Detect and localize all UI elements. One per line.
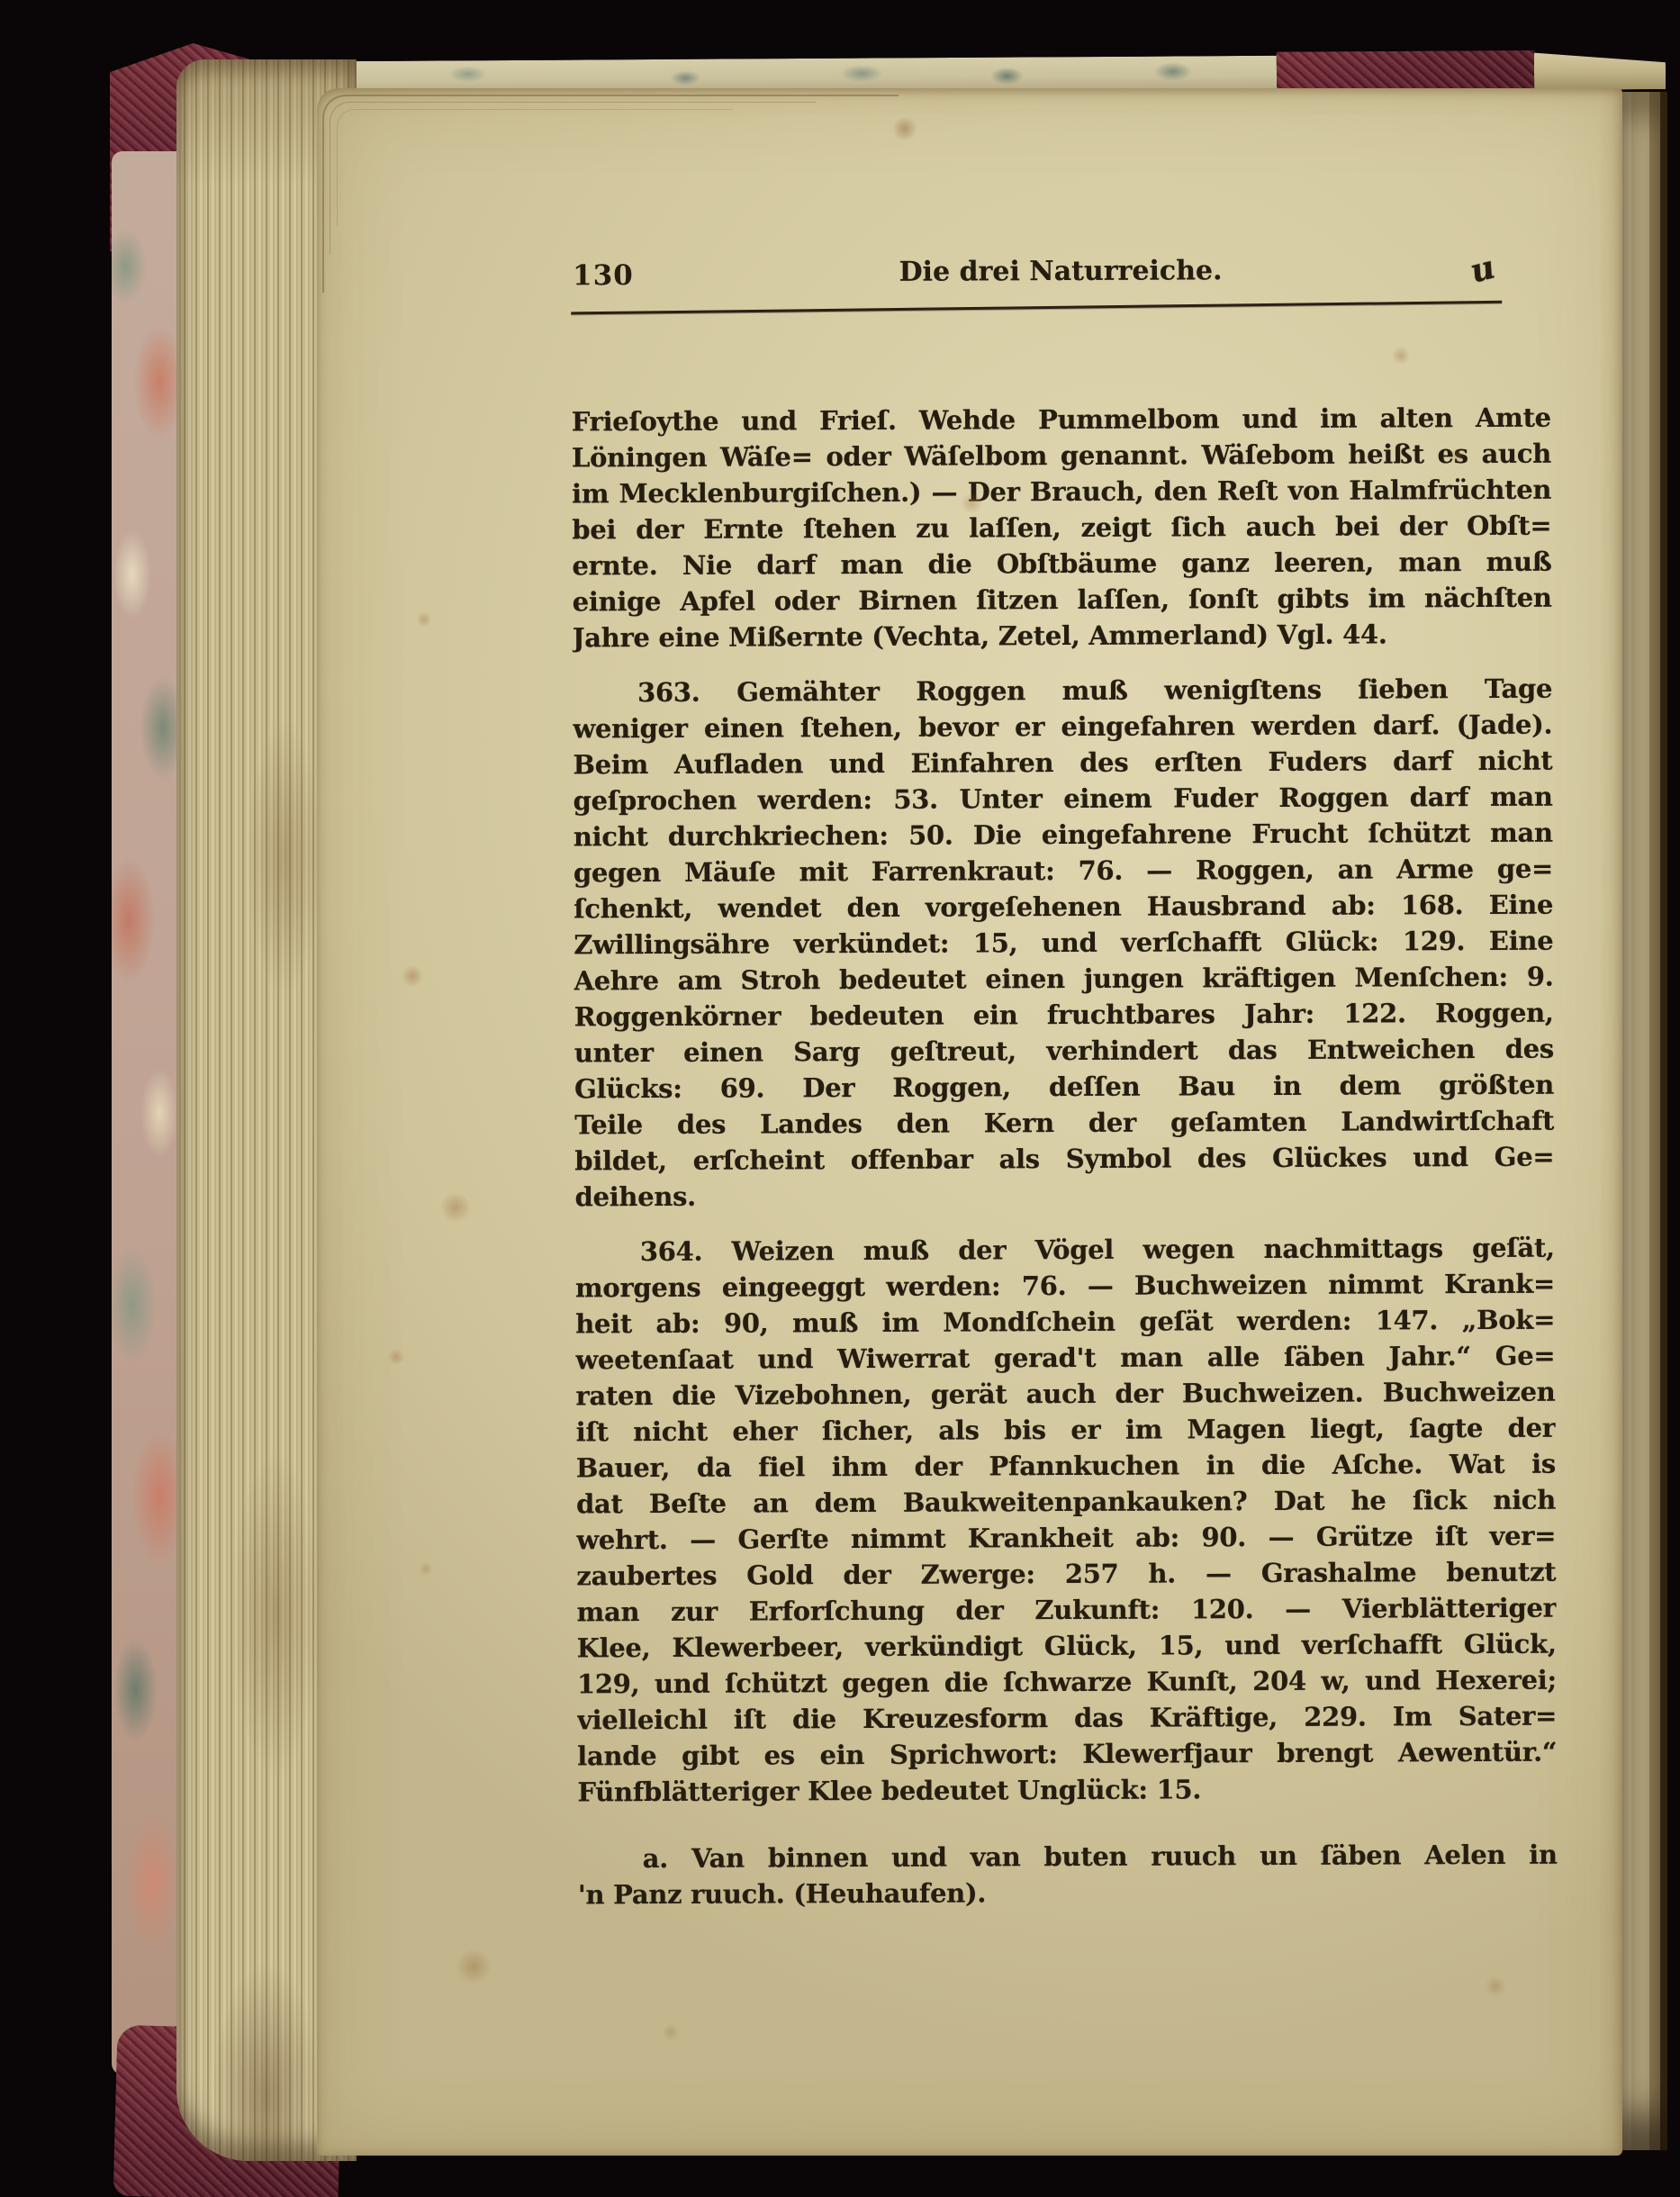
page-header: 130 Die drei Naturreiche. u bbox=[571, 254, 1550, 300]
printed-content: 130 Die drei Naturreiche. u Frieſoythe u… bbox=[571, 254, 1558, 1913]
text-line: Roggenkörner bedeuten ein fruchtbares Ja… bbox=[574, 995, 1554, 1035]
text-line: Klee, Klewerbeer, verkündigt Glück, 15, … bbox=[577, 1626, 1557, 1667]
text-line: heit ab: 90, muß im Mondſchein geſät wer… bbox=[575, 1302, 1555, 1343]
text-line: vielleichl iſt die Kreuzesform das Kräft… bbox=[577, 1698, 1557, 1739]
text-line: geſprochen werden: 53. Unter einem Fuder… bbox=[574, 779, 1553, 819]
text-line: Aehre am Stroh bedeutet einen jungen krä… bbox=[574, 959, 1553, 999]
sheet-corner-line bbox=[337, 109, 733, 226]
text-line: bei der Ernte ſtehen zu laſſen, zeigt ſi… bbox=[572, 508, 1551, 548]
page-title: Die drei Naturreiche. bbox=[899, 255, 1223, 288]
text-line: Löningen Wäſe= oder Wäſelbom genannt. Wä… bbox=[572, 436, 1551, 476]
text-line: 'n Panz ruuch. (Heuhaufen). bbox=[578, 1873, 1558, 1913]
text-line: Beim Aufladen und Einfahren des erſten F… bbox=[573, 743, 1552, 783]
page-right-edge bbox=[1619, 92, 1667, 2150]
text-line: ernte. Nie darf man die Obſtbäume ganz l… bbox=[572, 544, 1551, 584]
text-line: weniger einen ſtehen, bevor er eingefahr… bbox=[573, 707, 1552, 747]
text-line: lande gibt es ein Sprichwort: Klewerfjau… bbox=[577, 1734, 1557, 1775]
text-line: weetenſaat und Wiwerrat gerad't man alle… bbox=[575, 1338, 1555, 1379]
text-line: gegen Mäuſe mit Farrenkraut: 76. — Rogge… bbox=[574, 851, 1553, 891]
text-line: Bauer, da fiel ihm der Pfannkuchen in di… bbox=[576, 1446, 1556, 1487]
text-line: Fünfblätteriger Klee bedeutet Unglück: 1… bbox=[577, 1770, 1557, 1811]
book-scan: 130 Die drei Naturreiche. u Frieſoythe u… bbox=[0, 0, 1680, 2197]
top-edge-page-curl bbox=[1534, 48, 1666, 90]
text-line: wehrt. — Gerſte nimmt Krankheit ab: 90. … bbox=[576, 1518, 1556, 1559]
text-line: einige Apfel oder Birnen ſitzen laſſen, … bbox=[573, 580, 1552, 620]
page-number: 130 bbox=[573, 259, 634, 292]
text-line: 129, und ſchützt gegen die ſchwarze Kunſ… bbox=[577, 1662, 1557, 1703]
marbled-cover-edge bbox=[112, 151, 180, 2075]
top-edge-red-cloth bbox=[1277, 50, 1534, 90]
book-page: 130 Die drei Naturreiche. u Frieſoythe u… bbox=[317, 88, 1622, 2156]
text-line: ſchenkt, wendet den vorgeſehenen Hausbra… bbox=[574, 887, 1553, 927]
paragraph: 364. Weizen muß der Vögel wegen nachmitt… bbox=[575, 1230, 1558, 1811]
text-line: bildet, erſcheint offenbar als Symbol de… bbox=[574, 1139, 1554, 1180]
text-line: dat Beſte an dem Baukweitenpankauken? Da… bbox=[576, 1482, 1556, 1523]
text-line: zaubertes Gold der Zwerge: 257 h. — Gras… bbox=[576, 1554, 1556, 1595]
paragraph: Frieſoythe und Frieſ. Wehde Pummelbom un… bbox=[572, 400, 1552, 656]
text-line: im Mecklenburgiſchen.) — Der Brauch, den… bbox=[572, 472, 1551, 512]
text-line: Zwillingsähre verkündet: 15, und verſcha… bbox=[574, 923, 1553, 963]
text-line: Glücks: 69. Der Roggen, deſſen Bau in de… bbox=[574, 1067, 1554, 1108]
text-line: raten die Vizebohnen, gerät auch der Buc… bbox=[575, 1374, 1555, 1415]
paragraph: 363. Gemähter Roggen muß wenigſtens ſieb… bbox=[573, 671, 1555, 1216]
text-line: a. Van binnen und van buten ruuch un ſäb… bbox=[578, 1837, 1558, 1877]
text-line: Teile des Landes den Kern der geſamten L… bbox=[574, 1103, 1554, 1144]
text-line: iſt nicht eher ſicher, als bis er im Mag… bbox=[576, 1410, 1556, 1451]
text-line: man zur Erforſchung der Zukunft: 120. — … bbox=[576, 1590, 1556, 1631]
text-line: nicht durchkriechen: 50. Die eingefahren… bbox=[574, 815, 1553, 855]
text-line: 364. Weizen muß der Vögel wegen nachmitt… bbox=[575, 1230, 1555, 1270]
text-line: 363. Gemähter Roggen muß wenigſtens ſieb… bbox=[573, 671, 1552, 711]
text-line: Frieſoythe und Frieſ. Wehde Pummelbom un… bbox=[572, 400, 1551, 440]
text-body: Frieſoythe und Frieſ. Wehde Pummelbom un… bbox=[571, 295, 1558, 1913]
text-line: Jahre eine Mißernte (Vechta, Zetel, Amme… bbox=[573, 616, 1552, 656]
text-line: morgens eingeeggt werden: 76. — Buchweiz… bbox=[575, 1266, 1555, 1306]
text-line: deihens. bbox=[574, 1175, 1554, 1216]
paragraph: a. Van binnen und van buten ruuch un ſäb… bbox=[578, 1837, 1558, 1913]
text-line: unter einen Sarg geſtreut, verhindert da… bbox=[574, 1031, 1554, 1071]
printer-mark-icon: u bbox=[1470, 247, 1496, 291]
